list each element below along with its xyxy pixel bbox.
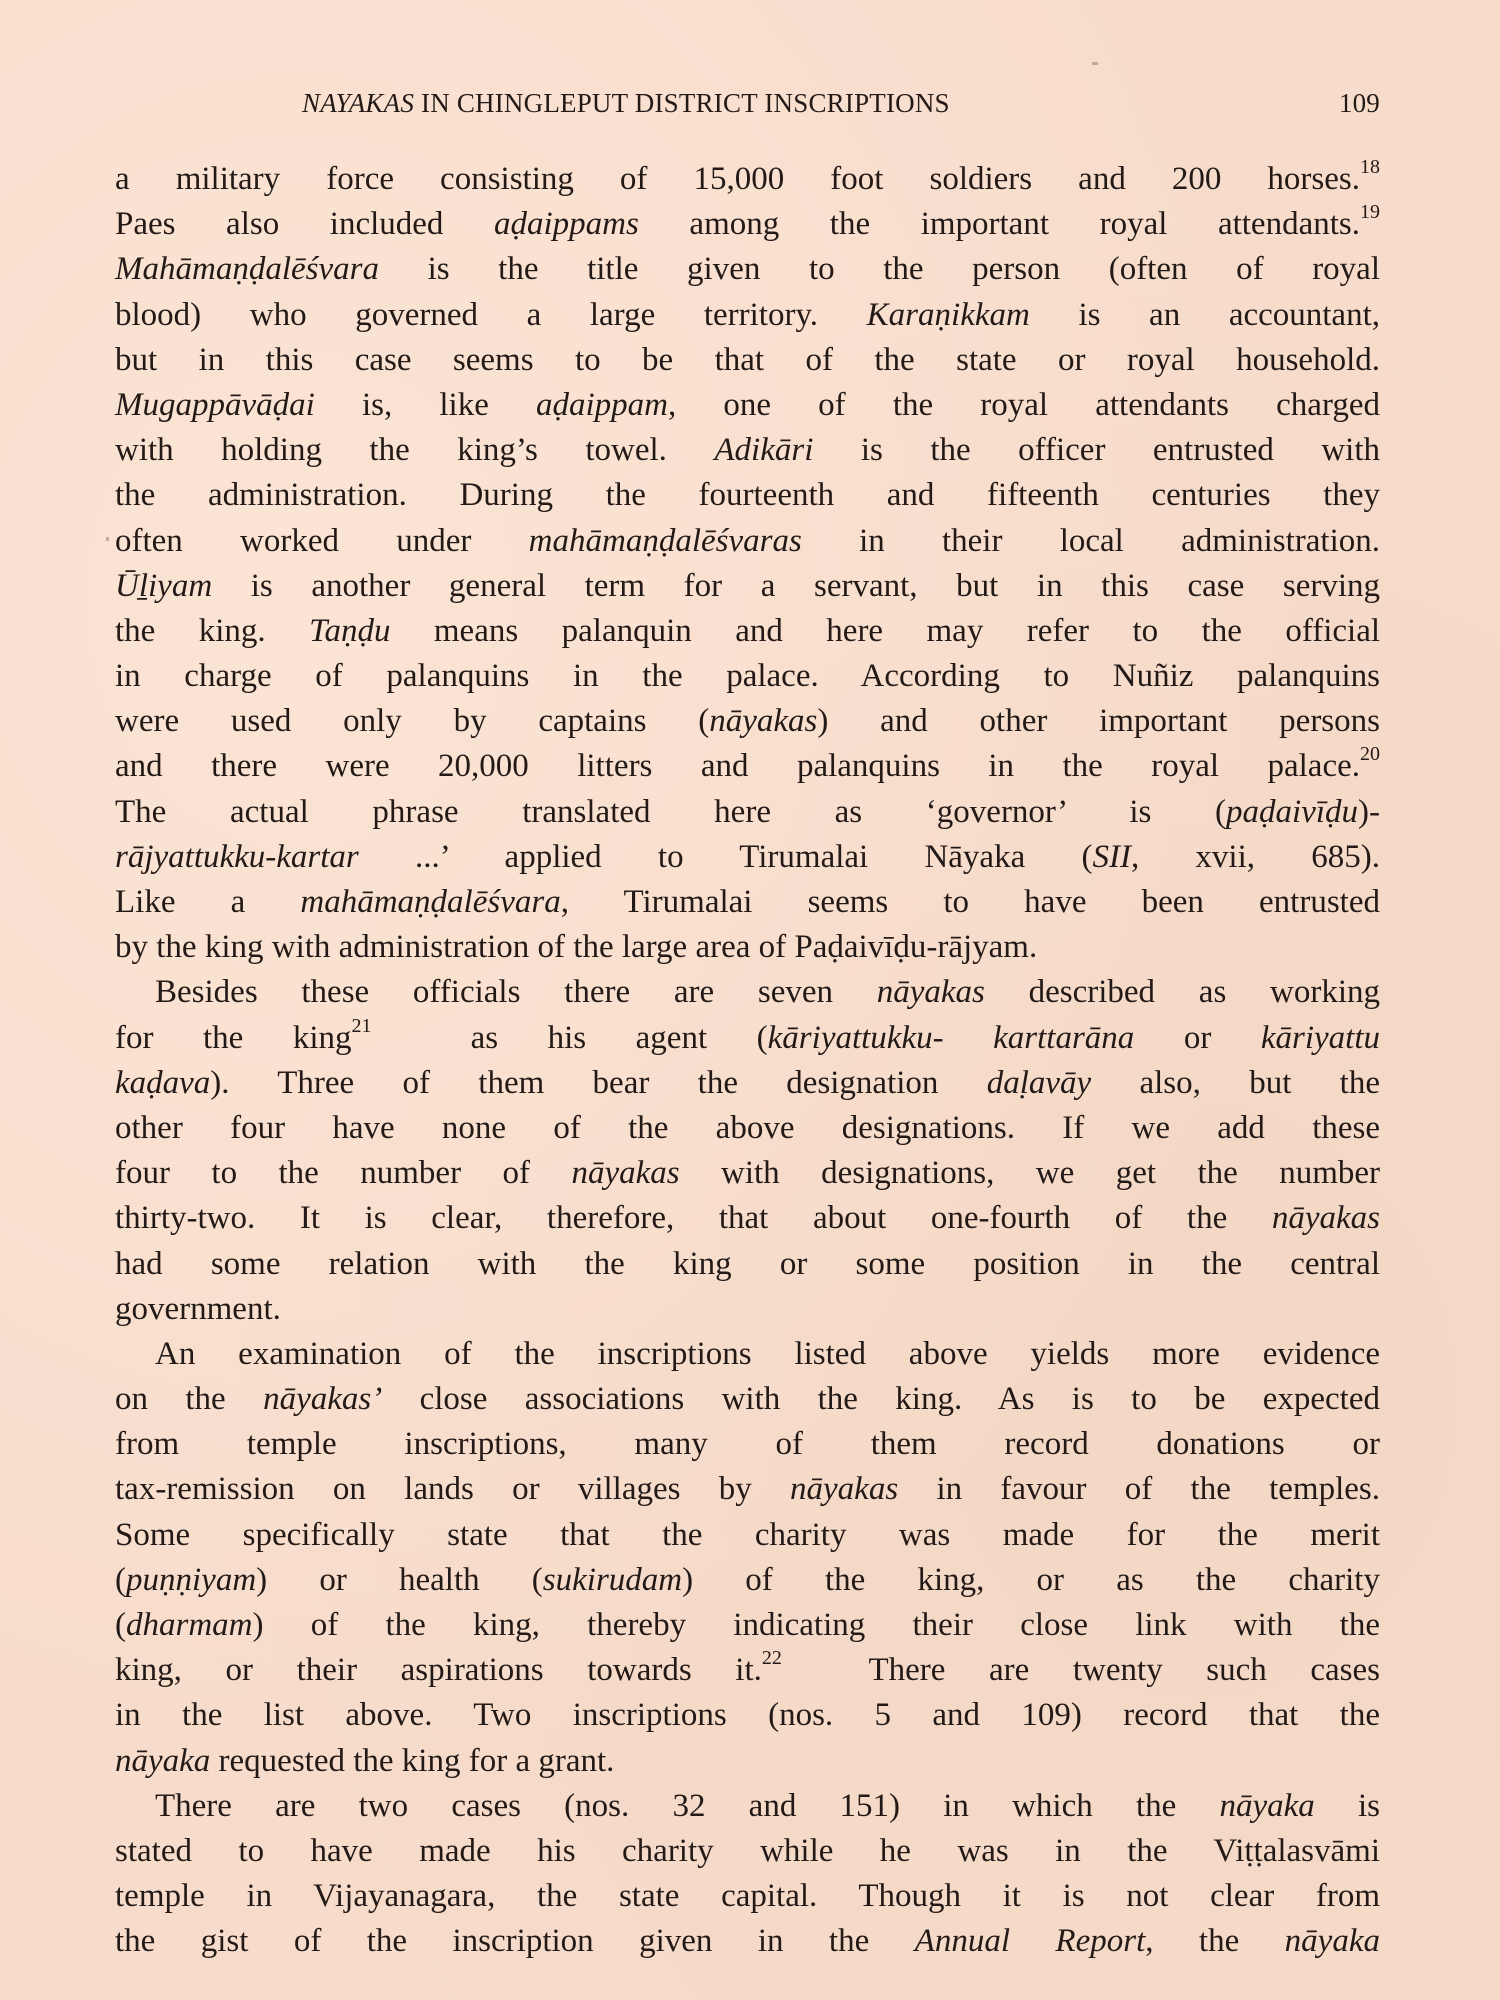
italic-term: nāyakas	[877, 974, 985, 1010]
text-line: blood) who governed a large territory. K…	[115, 293, 1380, 338]
text-line: (puṇṇiyam) or health (sukirudam) of the …	[115, 1558, 1380, 1603]
text-line: king, or their aspirations towards it.22…	[115, 1648, 1380, 1693]
text-line: with holding the king’s towel. Adikāri i…	[115, 428, 1380, 473]
italic-term: sukirudam	[543, 1562, 682, 1598]
text-run: in charge of palanquins in the palace. A…	[115, 658, 1380, 694]
footnote-ref: 19	[1360, 201, 1380, 223]
italic-term: paḍaivīḍu	[1226, 794, 1358, 830]
text-line: (dharmam) of the king, thereby indicatin…	[115, 1603, 1380, 1648]
text-line: nāyaka requested the king for a grant.	[115, 1739, 1380, 1784]
text-run: requested the king for a grant.	[210, 1743, 614, 1779]
italic-term: kāriyattukku- karttarāna	[768, 1020, 1135, 1056]
text-run: ) of the king, thereby indicating their …	[253, 1607, 1380, 1643]
text-run: among the important royal attendants.	[639, 206, 1360, 242]
text-run: government.	[115, 1291, 281, 1327]
text-line: Mugappāvāḍai is, like aḍaippam, one of t…	[115, 383, 1380, 428]
text-run: is an accountant,	[1030, 297, 1380, 333]
text-run: other four have none of the above design…	[115, 1110, 1380, 1146]
running-header: NAYAKAS IN CHINGLEPUT DISTRICT INSCRIPTI…	[302, 88, 1380, 128]
text-run: had some relation with the king or some …	[115, 1246, 1380, 1282]
body-text: a military force consisting of 15,000 fo…	[115, 157, 1380, 1965]
text-run: or	[1134, 1020, 1261, 1056]
italic-term: nāyakas’	[263, 1381, 382, 1417]
text-run: stated to have made his charity while he…	[115, 1833, 1380, 1869]
italic-term: aḍaippams	[494, 206, 639, 242]
text-run: thirty-two. It is clear, therefore, that…	[115, 1200, 1272, 1236]
italic-term: nāyakas	[790, 1471, 898, 1507]
text-line: government.	[115, 1287, 1380, 1332]
text-run: the king.	[115, 613, 309, 649]
text-line: were used only by captains (nāyakas) and…	[115, 699, 1380, 744]
running-title: NAYAKAS IN CHINGLEPUT DISTRICT INSCRIPTI…	[302, 88, 950, 119]
text-run: four to the number of	[115, 1155, 571, 1191]
text-run: the administration. During the fourteent…	[115, 477, 1380, 513]
text-run: with holding the king’s towel.	[115, 432, 714, 468]
footnote-ref: 22	[762, 1647, 782, 1669]
footnote-ref: 18	[1360, 156, 1380, 178]
text-line: on the nāyakas’ close associations with …	[115, 1377, 1380, 1422]
text-line: Besides these officials there are seven …	[115, 970, 1380, 1015]
running-title-italic: NAYAKAS	[302, 88, 414, 118]
text-run: in their local administration.	[802, 523, 1380, 559]
text-run: temple in Vijayanagara, the state capita…	[115, 1878, 1380, 1914]
italic-term: puṇṇiyam	[126, 1562, 256, 1598]
text-run: is another general term for a servant, b…	[212, 568, 1380, 604]
text-run: the gist of the inscription given in the	[115, 1923, 915, 1959]
footnote-ref: 21	[352, 1015, 372, 1037]
text-run: close associations with the king. As is …	[382, 1381, 1380, 1417]
text-run: on the	[115, 1381, 263, 1417]
text-line: Mahāmaṇḍalēśvara is the title given to t…	[115, 247, 1380, 292]
text-run: as his agent (	[372, 1020, 768, 1056]
text-run: , xvii, 685).	[1131, 839, 1380, 875]
text-run: Some specifically state that the charity…	[115, 1517, 1380, 1553]
page-number: 109	[1339, 88, 1380, 119]
text-run: but in this case seems to be that of the…	[115, 342, 1380, 378]
text-run: king, or their aspirations towards it.	[115, 1652, 762, 1688]
italic-term: Mugappāvāḍai	[115, 387, 315, 423]
italic-term: rājyattukku-kartar	[115, 839, 359, 875]
text-run: There are twenty such cases	[782, 1652, 1380, 1688]
text-run: There are two cases (nos. 32 and 151) in…	[155, 1788, 1219, 1824]
italic-term: Mahāmaṇḍalēśvara	[115, 251, 379, 287]
text-line: the gist of the inscription given in the…	[115, 1919, 1380, 1964]
italic-term: Adikāri	[714, 432, 813, 468]
text-run: The actual phrase translated here as ‘go…	[115, 794, 1226, 830]
text-line: and there were 20,000 litters and palanq…	[115, 744, 1380, 789]
text-line: other four have none of the above design…	[115, 1106, 1380, 1151]
italic-term: nāyaka	[1285, 1923, 1380, 1959]
text-run: (	[115, 1562, 126, 1598]
scan-speck	[106, 537, 109, 541]
text-run: were used only by captains (	[115, 703, 709, 739]
text-run: is, like	[315, 387, 536, 423]
text-run: ) and other important persons	[817, 703, 1380, 739]
text-line: stated to have made his charity while he…	[115, 1829, 1380, 1874]
text-line: the king. Taṇḍu means palanquin and here…	[115, 609, 1380, 654]
footnote-ref: 20	[1360, 743, 1380, 765]
text-run: and there were 20,000 litters and palanq…	[115, 748, 1360, 784]
text-run: ) or health (	[256, 1562, 543, 1598]
italic-term: SII	[1092, 839, 1130, 875]
text-run: also, but the	[1091, 1065, 1380, 1101]
text-run: , the	[1145, 1923, 1284, 1959]
text-run: in favour of the temples.	[898, 1471, 1380, 1507]
text-line: a military force consisting of 15,000 fo…	[115, 157, 1380, 202]
text-run: blood) who governed a large territory.	[115, 297, 867, 333]
text-run: by the king with administration of the l…	[115, 929, 1037, 965]
text-run: is the title given to the person (often …	[379, 251, 1380, 287]
text-line: An examination of the inscriptions liste…	[115, 1332, 1380, 1377]
italic-term: dharmam	[126, 1607, 253, 1643]
book-page: NAYAKAS IN CHINGLEPUT DISTRICT INSCRIPTI…	[0, 0, 1500, 2000]
italic-term: nāyakas	[571, 1155, 679, 1191]
italic-term: kaḍava	[115, 1065, 210, 1101]
text-run: described as working	[985, 974, 1380, 1010]
text-run: Like a	[115, 884, 300, 920]
italic-term: kāriyattu	[1261, 1020, 1380, 1056]
text-line: in the list above. Two inscriptions (nos…	[115, 1693, 1380, 1738]
text-line: Ūḻiyam is another general term for a ser…	[115, 564, 1380, 609]
text-line: four to the number of nāyakas with desig…	[115, 1151, 1380, 1196]
text-line: Paes also included aḍaippams among the i…	[115, 202, 1380, 247]
text-line: Like a mahāmaṇḍalēśvara, Tirumalai seems…	[115, 880, 1380, 925]
italic-term: mahāmaṇḍalēśvaras	[529, 523, 802, 559]
text-line: had some relation with the king or some …	[115, 1242, 1380, 1287]
text-run: a military force consisting of 15,000 fo…	[115, 161, 1360, 197]
text-run: Besides these officials there are seven	[155, 974, 877, 1010]
text-run: ). Three of them bear the designation	[210, 1065, 986, 1101]
text-run: in the list above. Two inscriptions (nos…	[115, 1697, 1380, 1733]
text-run: , Tirumalai seems to have been entrusted	[561, 884, 1380, 920]
text-run: is	[1315, 1788, 1380, 1824]
text-line: kaḍava). Three of them bear the designat…	[115, 1061, 1380, 1106]
text-run: An examination of the inscriptions liste…	[155, 1336, 1380, 1372]
scan-speck	[1092, 62, 1098, 65]
text-run: , one of the royal attendants charged	[668, 387, 1380, 423]
text-run: often worked under	[115, 523, 529, 559]
italic-term: nāyakas	[1272, 1200, 1380, 1236]
text-run: )-	[1358, 794, 1380, 830]
text-run: for the king	[115, 1020, 352, 1056]
text-run: (	[115, 1607, 126, 1643]
text-line: the administration. During the fourteent…	[115, 473, 1380, 518]
text-line: but in this case seems to be that of the…	[115, 338, 1380, 383]
text-line: Some specifically state that the charity…	[115, 1513, 1380, 1558]
running-title-rest: IN CHINGLEPUT DISTRICT INSCRIPTIONS	[414, 88, 950, 118]
text-line: The actual phrase translated here as ‘go…	[115, 790, 1380, 835]
text-run: with designations, we get the number	[680, 1155, 1380, 1191]
text-run: Paes also included	[115, 206, 494, 242]
text-run: is the officer entrusted with	[813, 432, 1380, 468]
italic-term: nāyaka	[1219, 1788, 1314, 1824]
text-line: tax-remission on lands or villages by nā…	[115, 1467, 1380, 1512]
text-run: means palanquin and here may refer to th…	[390, 613, 1380, 649]
text-line: by the king with administration of the l…	[115, 925, 1380, 970]
italic-term: Ūḻiyam	[115, 568, 212, 604]
text-run: ) of the king, or as the charity	[682, 1562, 1380, 1598]
text-run: ...’ applied to Tirumalai Nāyaka (	[359, 839, 1093, 875]
text-line: rājyattukku-kartar ...’ applied to Tirum…	[115, 835, 1380, 880]
italic-term: daḷavāy	[987, 1065, 1091, 1101]
text-line: temple in Vijayanagara, the state capita…	[115, 1874, 1380, 1919]
text-run: from temple inscriptions, many of them r…	[115, 1426, 1380, 1462]
italic-term: Annual Report	[915, 1923, 1146, 1959]
italic-term: nāyaka	[115, 1743, 210, 1779]
text-line: often worked under mahāmaṇḍalēśvaras in …	[115, 519, 1380, 564]
text-run: tax-remission on lands or villages by	[115, 1471, 790, 1507]
italic-term: aḍaippam	[536, 387, 668, 423]
italic-term: nāyakas	[709, 703, 817, 739]
text-line: There are two cases (nos. 32 and 151) in…	[115, 1784, 1380, 1829]
text-line: for the king21 as his agent (kāriyattukk…	[115, 1016, 1380, 1061]
italic-term: mahāmaṇḍalēśvara	[300, 884, 560, 920]
text-line: thirty-two. It is clear, therefore, that…	[115, 1196, 1380, 1241]
text-line: from temple inscriptions, many of them r…	[115, 1422, 1380, 1467]
italic-term: Taṇḍu	[309, 613, 390, 649]
italic-term: Karaṇikkam	[867, 297, 1030, 333]
text-line: in charge of palanquins in the palace. A…	[115, 654, 1380, 699]
